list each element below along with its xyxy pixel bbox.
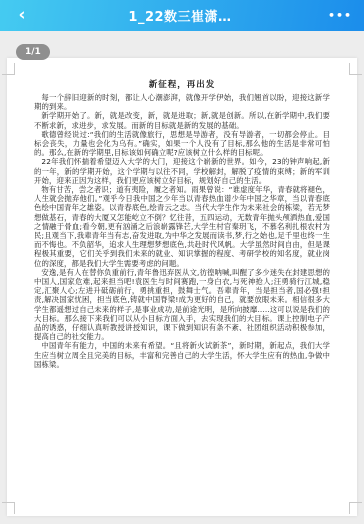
fit-corner-bottom-left-icon bbox=[2, 502, 15, 514]
fit-corner-bottom-right-icon bbox=[349, 502, 362, 514]
more-menu-button[interactable]: ••• bbox=[316, 0, 364, 31]
document-page[interactable]: 新征程，再出发 每一个辞旧迎新的时刻，都让人心潮澎湃，就像开学伊始，我们翘首以盼… bbox=[7, 58, 357, 516]
fit-corner-top-left-icon bbox=[2, 63, 15, 75]
document-title-bar: 1_22数三崔潇… bbox=[44, 6, 316, 25]
ellipsis-icon: ••• bbox=[328, 9, 352, 22]
essay-paragraph: 物有甘苦，尝之者识；道有夷险，履之者知。雨果曾说：“谁虚度年华，青春就将褪色，人… bbox=[34, 185, 330, 268]
back-button[interactable]: ‹ bbox=[0, 0, 44, 31]
page-indicator-badge: 1/1 bbox=[16, 44, 50, 60]
essay-body: 每一个辞旧迎新的时刻，都让人心潮澎湃，就像开学伊始，我们翘首以盼，迎接这新学期的… bbox=[34, 93, 330, 369]
essay-paragraph: 歌德曾经说过:“我们的生活就像旅行，思想是导游者，没有导游者，一切都会停止。目标… bbox=[34, 130, 330, 158]
essay-paragraph: 中国青年有能力，中国的未来有希望。“且将新火试新茶”，新时期，新起点，我们大学生… bbox=[34, 341, 330, 369]
essay-title: 新征程，再出发 bbox=[34, 78, 330, 90]
fit-corner-top-right-icon bbox=[349, 63, 362, 75]
essay-paragraph: 新学期开始了。新，就是改变，新，就是进取；新,就是创新。所以,在新学期中,我们要… bbox=[34, 111, 330, 129]
back-chevron-icon: ‹ bbox=[18, 7, 25, 24]
app-header: ‹ 1_22数三崔潇… ••• bbox=[0, 0, 364, 31]
document-content: 新征程，再出发 每一个辞旧迎新的时刻，都让人心潮澎湃，就像开学伊始，我们翘首以盼… bbox=[7, 58, 357, 369]
essay-paragraph: 22年我们怀揣着希望迈入大学的大门，迎接这个崭新的世界。如今，23的钟声响起,新… bbox=[34, 157, 330, 185]
essay-paragraph: 安逸,是有人在替你负重前行,青年鲁迅弃医从文,彷徨呐喊,叫醒了多少迷失在封建思想… bbox=[34, 268, 330, 342]
essay-paragraph: 每一个辞旧迎新的时刻，都让人心潮澎湃，就像开学伊始，我们翘首以盼，迎接这新学期的… bbox=[34, 93, 330, 111]
